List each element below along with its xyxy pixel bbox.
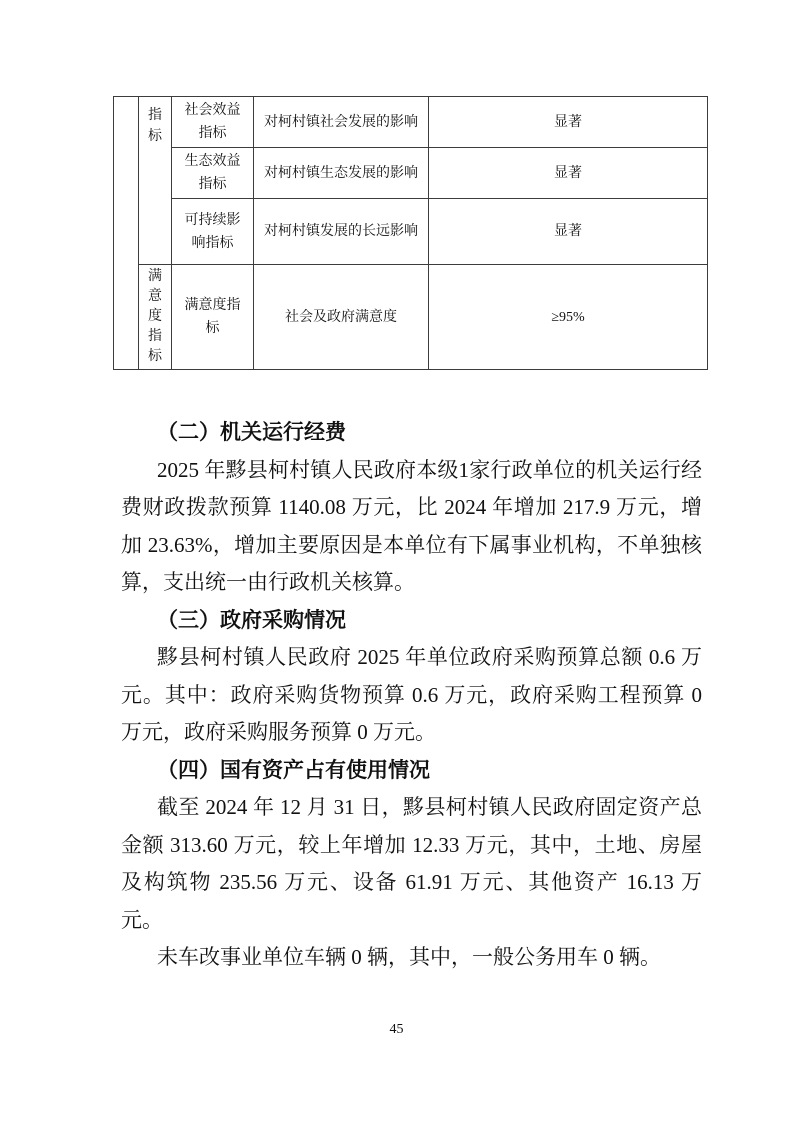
table-cell-indicator-value: ≥95% [429, 265, 708, 370]
table-cell-indicator-desc: 对柯村镇生态发展的影响 [254, 148, 429, 199]
document-page: 指标 社会效益指标 对柯村镇社会发展的影响 显著 生态效益指标 对柯村镇生态发展… [0, 0, 793, 1122]
paragraph: 黟县柯村镇人民政府 2025 年单位政府采购预算总额 0.6 万元。其中：政府采… [121, 639, 702, 752]
document-body: （二）机关运行经费 2025 年黟县柯村镇人民政府本级1家行政单位的机关运行经费… [121, 414, 702, 977]
table-row: 满意度指标 满意度指标 社会及政府满意度 ≥95% [114, 265, 708, 370]
paragraph: 截至 2024 年 12 月 31 日，黟县柯村镇人民政府固定资产总金额 313… [121, 789, 702, 939]
table-row: 指标 社会效益指标 对柯村镇社会发展的影响 显著 [114, 97, 708, 148]
paragraph: 未车改事业单位车辆 0 辆，其中，一般公务用车 0 辆。 [121, 939, 702, 977]
section-heading-procurement: （三）政府采购情况 [121, 602, 702, 640]
page-number: 45 [0, 1021, 793, 1038]
table-cell-indicator-value: 显著 [429, 97, 708, 148]
table-cell-indicator-name: 可持续影响指标 [172, 199, 254, 265]
section-heading-state-assets: （四）国有资产占有使用情况 [121, 752, 702, 790]
table-cell-indicator-name: 社会效益指标 [172, 97, 254, 148]
table-cell-indicator-name: 满意度指标 [172, 265, 254, 370]
table-cell-indicator-name: 生态效益指标 [172, 148, 254, 199]
table-cell-indicator-desc: 对柯村镇社会发展的影响 [254, 97, 429, 148]
table-row: 生态效益指标 对柯村镇生态发展的影响 显著 [114, 148, 708, 199]
table-cell-satisfaction-group: 满意度指标 [139, 265, 172, 370]
performance-indicator-table: 指标 社会效益指标 对柯村镇社会发展的影响 显著 生态效益指标 对柯村镇生态发展… [113, 96, 708, 370]
table-cell-indicator-desc: 对柯村镇发展的长远影响 [254, 199, 429, 265]
table-cell-indicator-desc: 社会及政府满意度 [254, 265, 429, 370]
table-cell-indicator-value: 显著 [429, 199, 708, 265]
section-heading-operating-funds: （二）机关运行经费 [121, 414, 702, 452]
table-cell-indicator-value: 显著 [429, 148, 708, 199]
paragraph: 2025 年黟县柯村镇人民政府本级1家行政单位的机关运行经费财政拨款预算 114… [121, 452, 702, 602]
table-cell-indicator-group: 指标 [139, 97, 172, 265]
table-cell-empty-group [114, 97, 139, 370]
table-row: 可持续影响指标 对柯村镇发展的长远影响 显著 [114, 199, 708, 265]
